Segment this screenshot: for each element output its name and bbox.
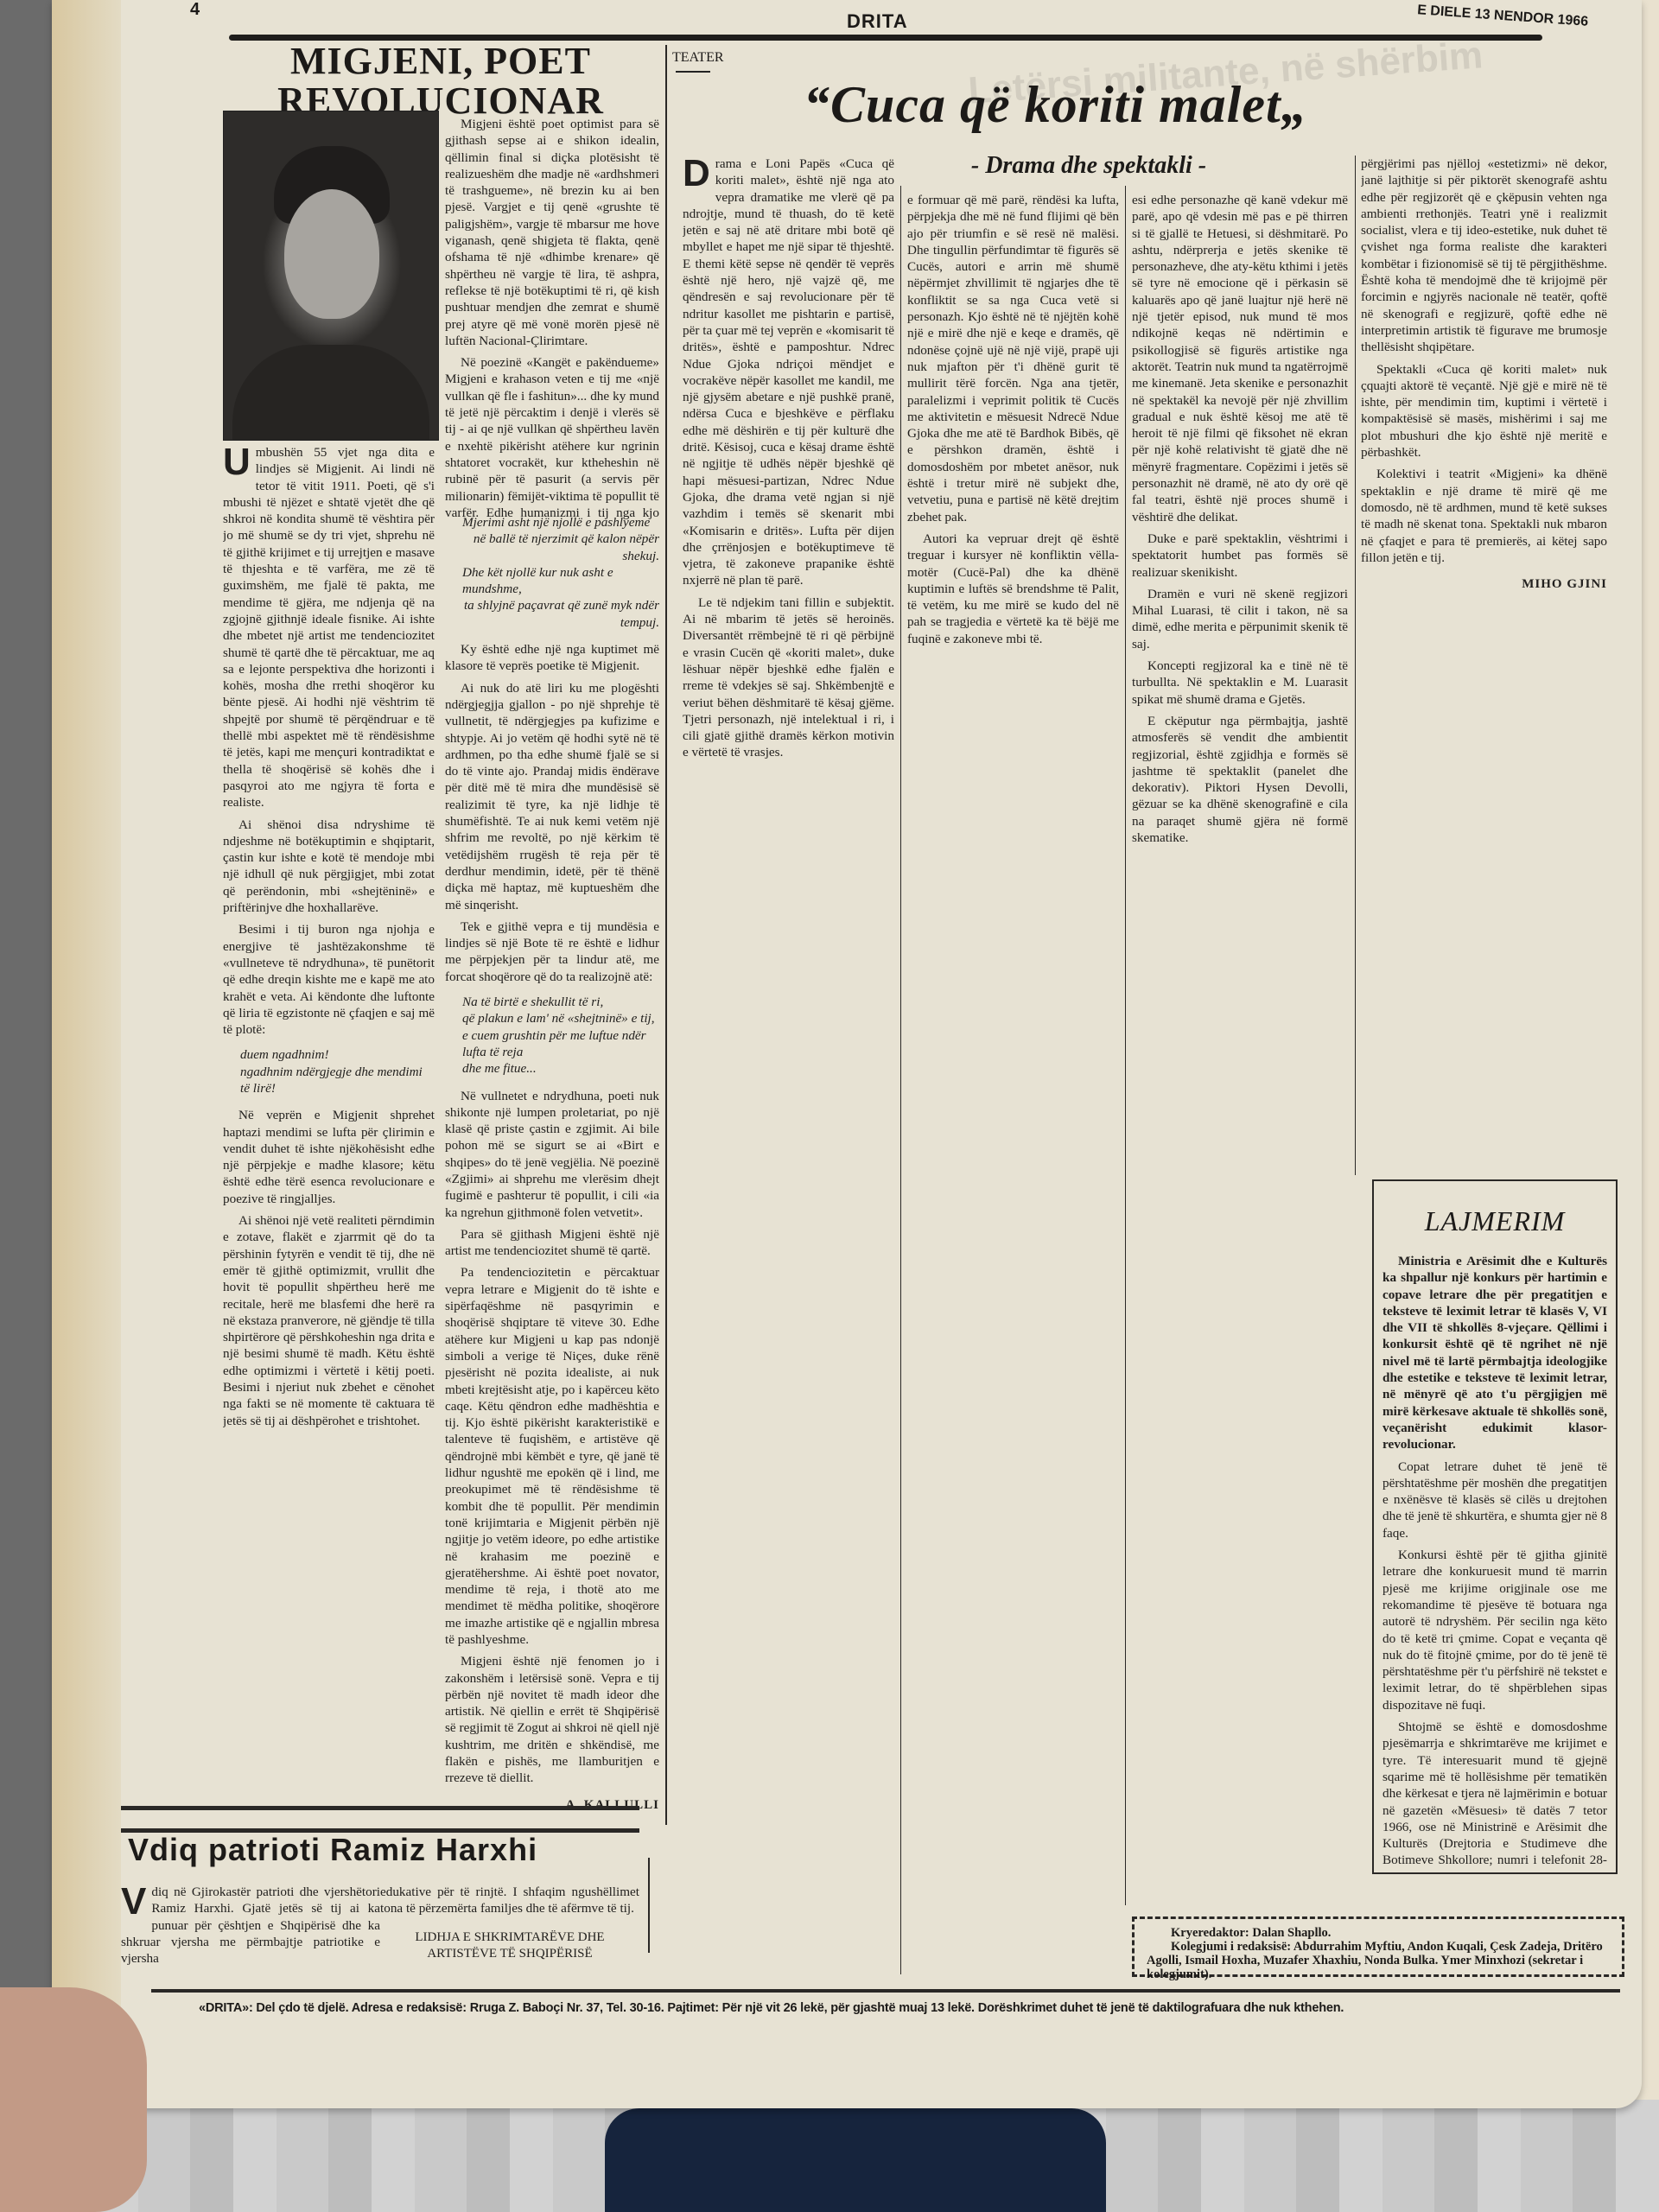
paragraph: Migjeni është poet optimist para së gjit… [445, 116, 659, 349]
obituary-signature: LIDHJA E SHKRIMTARËVE DHE ARTISTËVE TË S… [380, 1929, 639, 1962]
paragraph: Kolektivi i teatrit «Migjeni» ka dhënë s… [1361, 466, 1607, 566]
paragraph: Duke e parë spektaklin, vështrimi i spek… [1132, 531, 1348, 581]
section-tag: TEATER [672, 50, 724, 66]
paragraph: Shtojmë se është e domosdoshme pjesëmarr… [1382, 1719, 1607, 1866]
byline-gjini: MIHO GJINI [1361, 576, 1607, 593]
paragraph: Konkursi është për të gjitha gjinitë let… [1382, 1547, 1607, 1713]
obituary-column-2: edukative për të rinjtë. I shfaqim ngush… [380, 1884, 639, 1987]
shoe-background [605, 2108, 1106, 2212]
migjeni-column-1: Umbushën 55 vjet nga dita e lindjes së M… [223, 444, 435, 1766]
column-divider [1125, 186, 1126, 1905]
page-number: 4 [190, 0, 200, 20]
paragraph: Besimi i tij buron nga njohja e energjiv… [223, 921, 435, 1038]
paragraph: Copat letrare duhet të jenë të përshtatë… [1382, 1459, 1607, 1541]
paragraph: Para së gjithash Migjeni është një artis… [445, 1226, 659, 1260]
paragraph: e formuar që më parë, rëndësi ka lufta, … [907, 192, 1119, 525]
paragraph: esi edhe personazhe që kanë vdekur më pa… [1132, 192, 1348, 525]
lead-text: diq në Gjirokastër patrioti dhe vjershët… [121, 1885, 380, 1966]
theatre-column-2: e formuar që më parë, rëndësi ka lufta, … [907, 192, 1119, 1979]
verse-line: dhe me fitue... [462, 1060, 659, 1077]
verse-line: Na të birtë e shekullit të ri, [462, 994, 659, 1010]
paragraph: Le të ndjekim tani fillin e subjektit. A… [683, 594, 894, 761]
section-tag-underline [676, 71, 710, 73]
verse-line: e cuem grushtin për me luftue ndër lufta… [462, 1027, 659, 1061]
subheadline-theatre: - Drama dhe spektakli - [959, 152, 1218, 180]
verse-line: ta shlyjnë paçavrat që zunë myk ndër tem… [462, 597, 659, 631]
verse-block: Na të birtë e shekullit të ri, që plakun… [462, 994, 659, 1077]
editorial-board-members: Kolegjumi i redaksisë: Abdurrahim Myftiu… [1147, 1940, 1610, 1981]
verse-line: ngadhnim ndërgjegje dhe mendimi të lirë! [240, 1064, 435, 1097]
paragraph: Koncepti regjizoral ka e tinë në të turb… [1132, 658, 1348, 708]
drop-cap: V [121, 1885, 146, 1918]
paragraph-lead: Vdiq në Gjirokastër patrioti dhe vjershë… [121, 1884, 380, 1967]
column-divider [648, 1858, 650, 1953]
migjeni-intro-column: Migjeni është poet optimist para së gjit… [445, 116, 659, 522]
paragraph-lead: Drama e Loni Papës «Cuca që koriti malet… [683, 156, 894, 589]
portrait-photo [223, 111, 439, 441]
verse-line: Mjerimi asht një njollë e pashlyeme [462, 514, 659, 531]
column-divider [665, 45, 667, 1825]
portrait-suit [232, 345, 429, 440]
column-divider [1355, 156, 1356, 1175]
paragraph: Dramën e vuri në skenë regjizori Mihal L… [1132, 586, 1348, 652]
masthead: DRITA [847, 10, 908, 33]
paragraph: Në veprën e Migjenit shprehet haptazi me… [223, 1107, 435, 1207]
paragraph: edukative për të rinjtë. I shfaqim ngush… [380, 1884, 639, 1917]
verse-line: në ballë të njerzimit që kalon nëpër she… [462, 531, 659, 564]
paragraph: Migjeni është një fenomen jo i zakonshëm… [445, 1653, 659, 1786]
headline-theatre: “Cuca që koriti malet„ [804, 76, 1495, 133]
paragraph: E ckëputur nga përmbajtja, jashtë atmosf… [1132, 713, 1348, 846]
paragraph: Pa tendenciozitetin e përcaktuar vepra l… [445, 1264, 659, 1648]
page-fold-edge [52, 0, 121, 2108]
verse-line: që plakun e lam' në «shejtninë» e tij, [462, 1010, 659, 1027]
notice-body: Ministria e Arësimit dhe e Kulturës ka s… [1382, 1253, 1607, 1866]
theatre-column-1: Drama e Loni Papës «Cuca që koriti malet… [683, 156, 894, 1979]
migjeni-column-2: Mjerimi asht një njollë e pashlyeme në b… [445, 505, 659, 1827]
headline-obituary: Vdiq patrioti Ramiz Harxhi [128, 1832, 612, 1868]
paragraph: Në poezinë «Kangët e pakëndueme» Migjeni… [445, 354, 659, 522]
paragraph: Ky është edhe një nga kuptimet më klasor… [445, 641, 659, 675]
verse-line: Dhe kët njollë kur nuk asht e mundshme, [462, 564, 659, 598]
lead-text: rama e Loni Papës «Cuca që koriti malet»… [683, 156, 894, 588]
obituary-column-1: Vdiq në Gjirokastër patrioti dhe vjershë… [121, 1884, 380, 1979]
editorial-board-box: Kryeredaktor: Dalan Shapllo. Kolegjumi i… [1132, 1916, 1624, 1977]
lead-text: mbushën 55 vjet nga dita e lindjes së Mi… [223, 445, 435, 810]
paragraph: Ai shënoi një vetë realiteti përndimin e… [223, 1212, 435, 1429]
paragraph: Ministria e Arësimit dhe e Kulturës ka s… [1382, 1253, 1607, 1453]
paragraph: Spektakli «Cuca që koriti malet» nuk çqu… [1361, 361, 1607, 461]
paragraph: Ai shënoi disa ndryshime të ndjeshme në … [223, 817, 435, 917]
paragraph: Në vullnetet e ndrydhuna, poeti nuk shik… [445, 1088, 659, 1221]
holding-hand [0, 1987, 147, 2212]
verse-line: duem ngadhnim! [240, 1046, 435, 1063]
theatre-column-4: përgjërimi pas njëlloj «estetizmi» në de… [1361, 156, 1607, 1175]
paragraph: Autori ka vepruar drejt që është treguar… [907, 531, 1119, 647]
section-divider [121, 1806, 639, 1810]
portrait-face [284, 189, 379, 319]
footer-rule [151, 1989, 1620, 1993]
drop-cap: D [683, 157, 710, 190]
notice-title: LAJMERIM [1374, 1205, 1616, 1237]
drop-cap: U [223, 446, 251, 479]
paragraph: Ai nuk do atë liri ku me plogështi ndërg… [445, 680, 659, 913]
column-divider [900, 186, 901, 1974]
paragraph-lead: Umbushën 55 vjet nga dita e lindjes së M… [223, 444, 435, 811]
headline-migjeni: MIGJENI, POET REVOLUCIONAR [259, 41, 622, 121]
footer-imprint: «DRITA»: Del çdo të djelë. Adresa e reda… [199, 2001, 1599, 2015]
verse-block: Mjerimi asht një njollë e pashlyeme në b… [462, 514, 659, 631]
paragraph: përgjërimi pas njëlloj «estetizmi» në de… [1361, 156, 1607, 356]
editor-in-chief: Kryeredaktor: Dalan Shapllo. [1147, 1926, 1610, 1940]
verse-block: duem ngadhnim! ngadhnim ndërgjegje dhe m… [240, 1046, 435, 1096]
paragraph: Tek e gjithë vepra e tij mundësia e lind… [445, 918, 659, 985]
theatre-column-3: esi edhe personazhe që kanë vdekur më pa… [1132, 192, 1348, 1911]
